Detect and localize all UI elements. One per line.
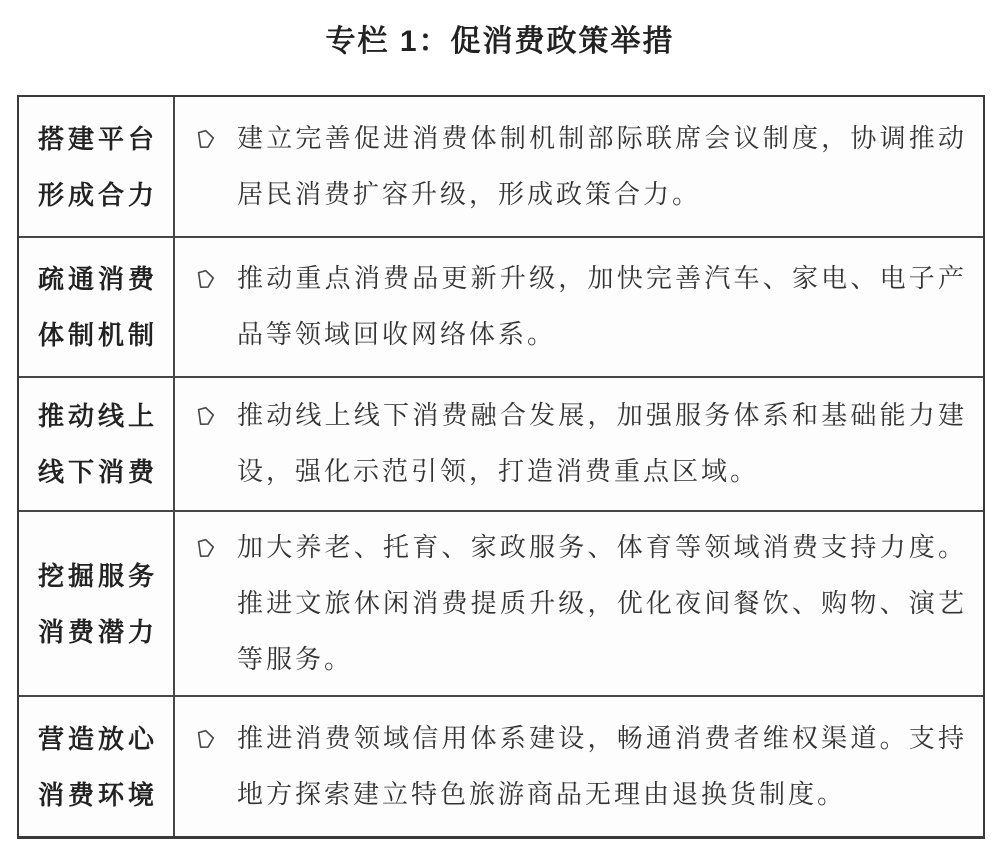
row-content-text: 推进消费领域信用体系建设，畅通消费者维权渠道。支持地方探索建立特色旅游商品无理由… [237,711,967,823]
page-title: 专栏 1：促消费政策举措 [0,16,1000,60]
row-content-text: 建立完善促进消费体制机制部际联席会议制度，协调推动居民消费扩容升级，形成政策合力… [237,111,967,223]
row-content-cell: 推动线上线下消费融合发展，加强服务体系和基础能力建设，强化示范引领，打造消费重点… [175,378,983,510]
document-page: 专栏 1：促消费政策举措 搭建平台 形成合力 建立完善促进消费体制机制部际联席会… [0,0,1000,867]
row-header-cell: 搭建平台 形成合力 [19,97,175,236]
row-header-cell: 营造放心 消费环境 [19,697,175,836]
arrow-bullet-icon [195,128,217,155]
table-row: 营造放心 消费环境 推进消费领域信用体系建设，畅通消费者维权渠道。支持地方探索建… [19,697,983,836]
row-content-text: 推动重点消费品更新升级，加快完善汽车、家电、电子产品等领域回收网络体系。 [237,251,967,363]
arrow-bullet-icon [195,268,217,295]
arrow-bullet-icon [195,728,217,755]
row-content-cell: 建立完善促进消费体制机制部际联席会议制度，协调推动居民消费扩容升级，形成政策合力… [175,97,983,236]
row-content-cell: 推动重点消费品更新升级，加快完善汽车、家电、电子产品等领域回收网络体系。 [175,238,983,376]
table-row: 搭建平台 形成合力 建立完善促进消费体制机制部际联席会议制度，协调推动居民消费扩… [19,97,983,238]
table-row: 推动线上 线下消费 推动线上线下消费融合发展，加强服务体系和基础能力建设，强化示… [19,378,983,512]
arrow-bullet-icon [195,537,217,564]
row-header-cell: 推动线上 线下消费 [19,378,175,510]
arrow-bullet-icon [195,405,217,432]
policy-table: 搭建平台 形成合力 建立完善促进消费体制机制部际联席会议制度，协调推动居民消费扩… [17,95,985,839]
row-content-text: 加大养老、托育、家政服务、体育等领域消费支持力度。推进文旅休闲消费提质升级，优化… [237,520,967,688]
row-header-cell: 疏通消费 体制机制 [19,238,175,376]
row-content-cell: 加大养老、托育、家政服务、体育等领域消费支持力度。推进文旅休闲消费提质升级，优化… [175,512,983,695]
row-header-cell: 挖掘服务 消费潜力 [19,512,175,695]
table-row: 疏通消费 体制机制 推动重点消费品更新升级，加快完善汽车、家电、电子产品等领域回… [19,238,983,378]
row-content-text: 推动线上线下消费融合发展，加强服务体系和基础能力建设，强化示范引领，打造消费重点… [237,388,967,500]
table-row: 挖掘服务 消费潜力 加大养老、托育、家政服务、体育等领域消费支持力度。推进文旅休… [19,512,983,697]
row-content-cell: 推进消费领域信用体系建设，畅通消费者维权渠道。支持地方探索建立特色旅游商品无理由… [175,697,983,836]
